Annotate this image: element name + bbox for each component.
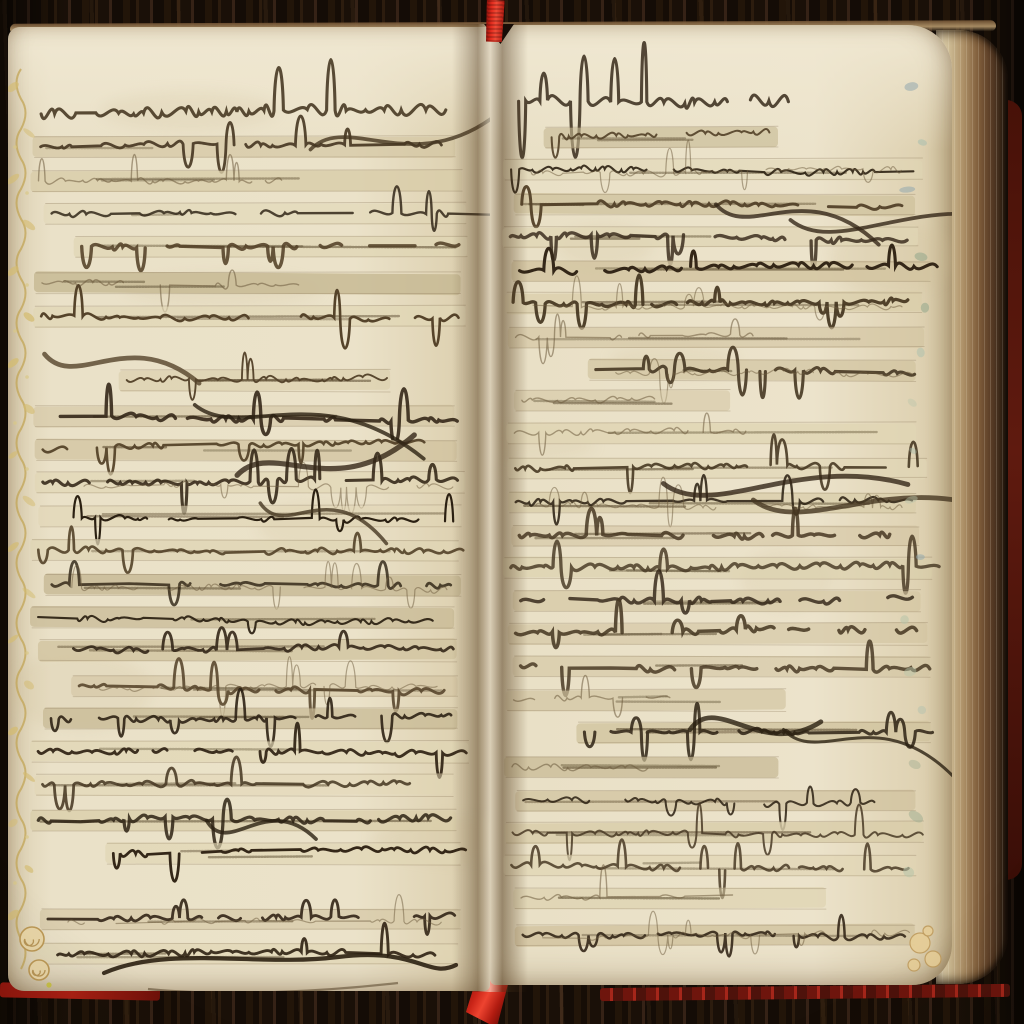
handwriting-lines — [30, 60, 490, 965]
right-page — [490, 25, 952, 985]
left-page-handwriting — [8, 27, 490, 991]
right-page-handwriting — [490, 25, 952, 985]
handwriting-lines — [502, 42, 952, 956]
photograph-open-journal — [0, 0, 1024, 1024]
gold-vine-decoration — [8, 69, 37, 969]
left-page — [8, 27, 490, 991]
ribbon-bookmark-top — [485, 0, 504, 42]
